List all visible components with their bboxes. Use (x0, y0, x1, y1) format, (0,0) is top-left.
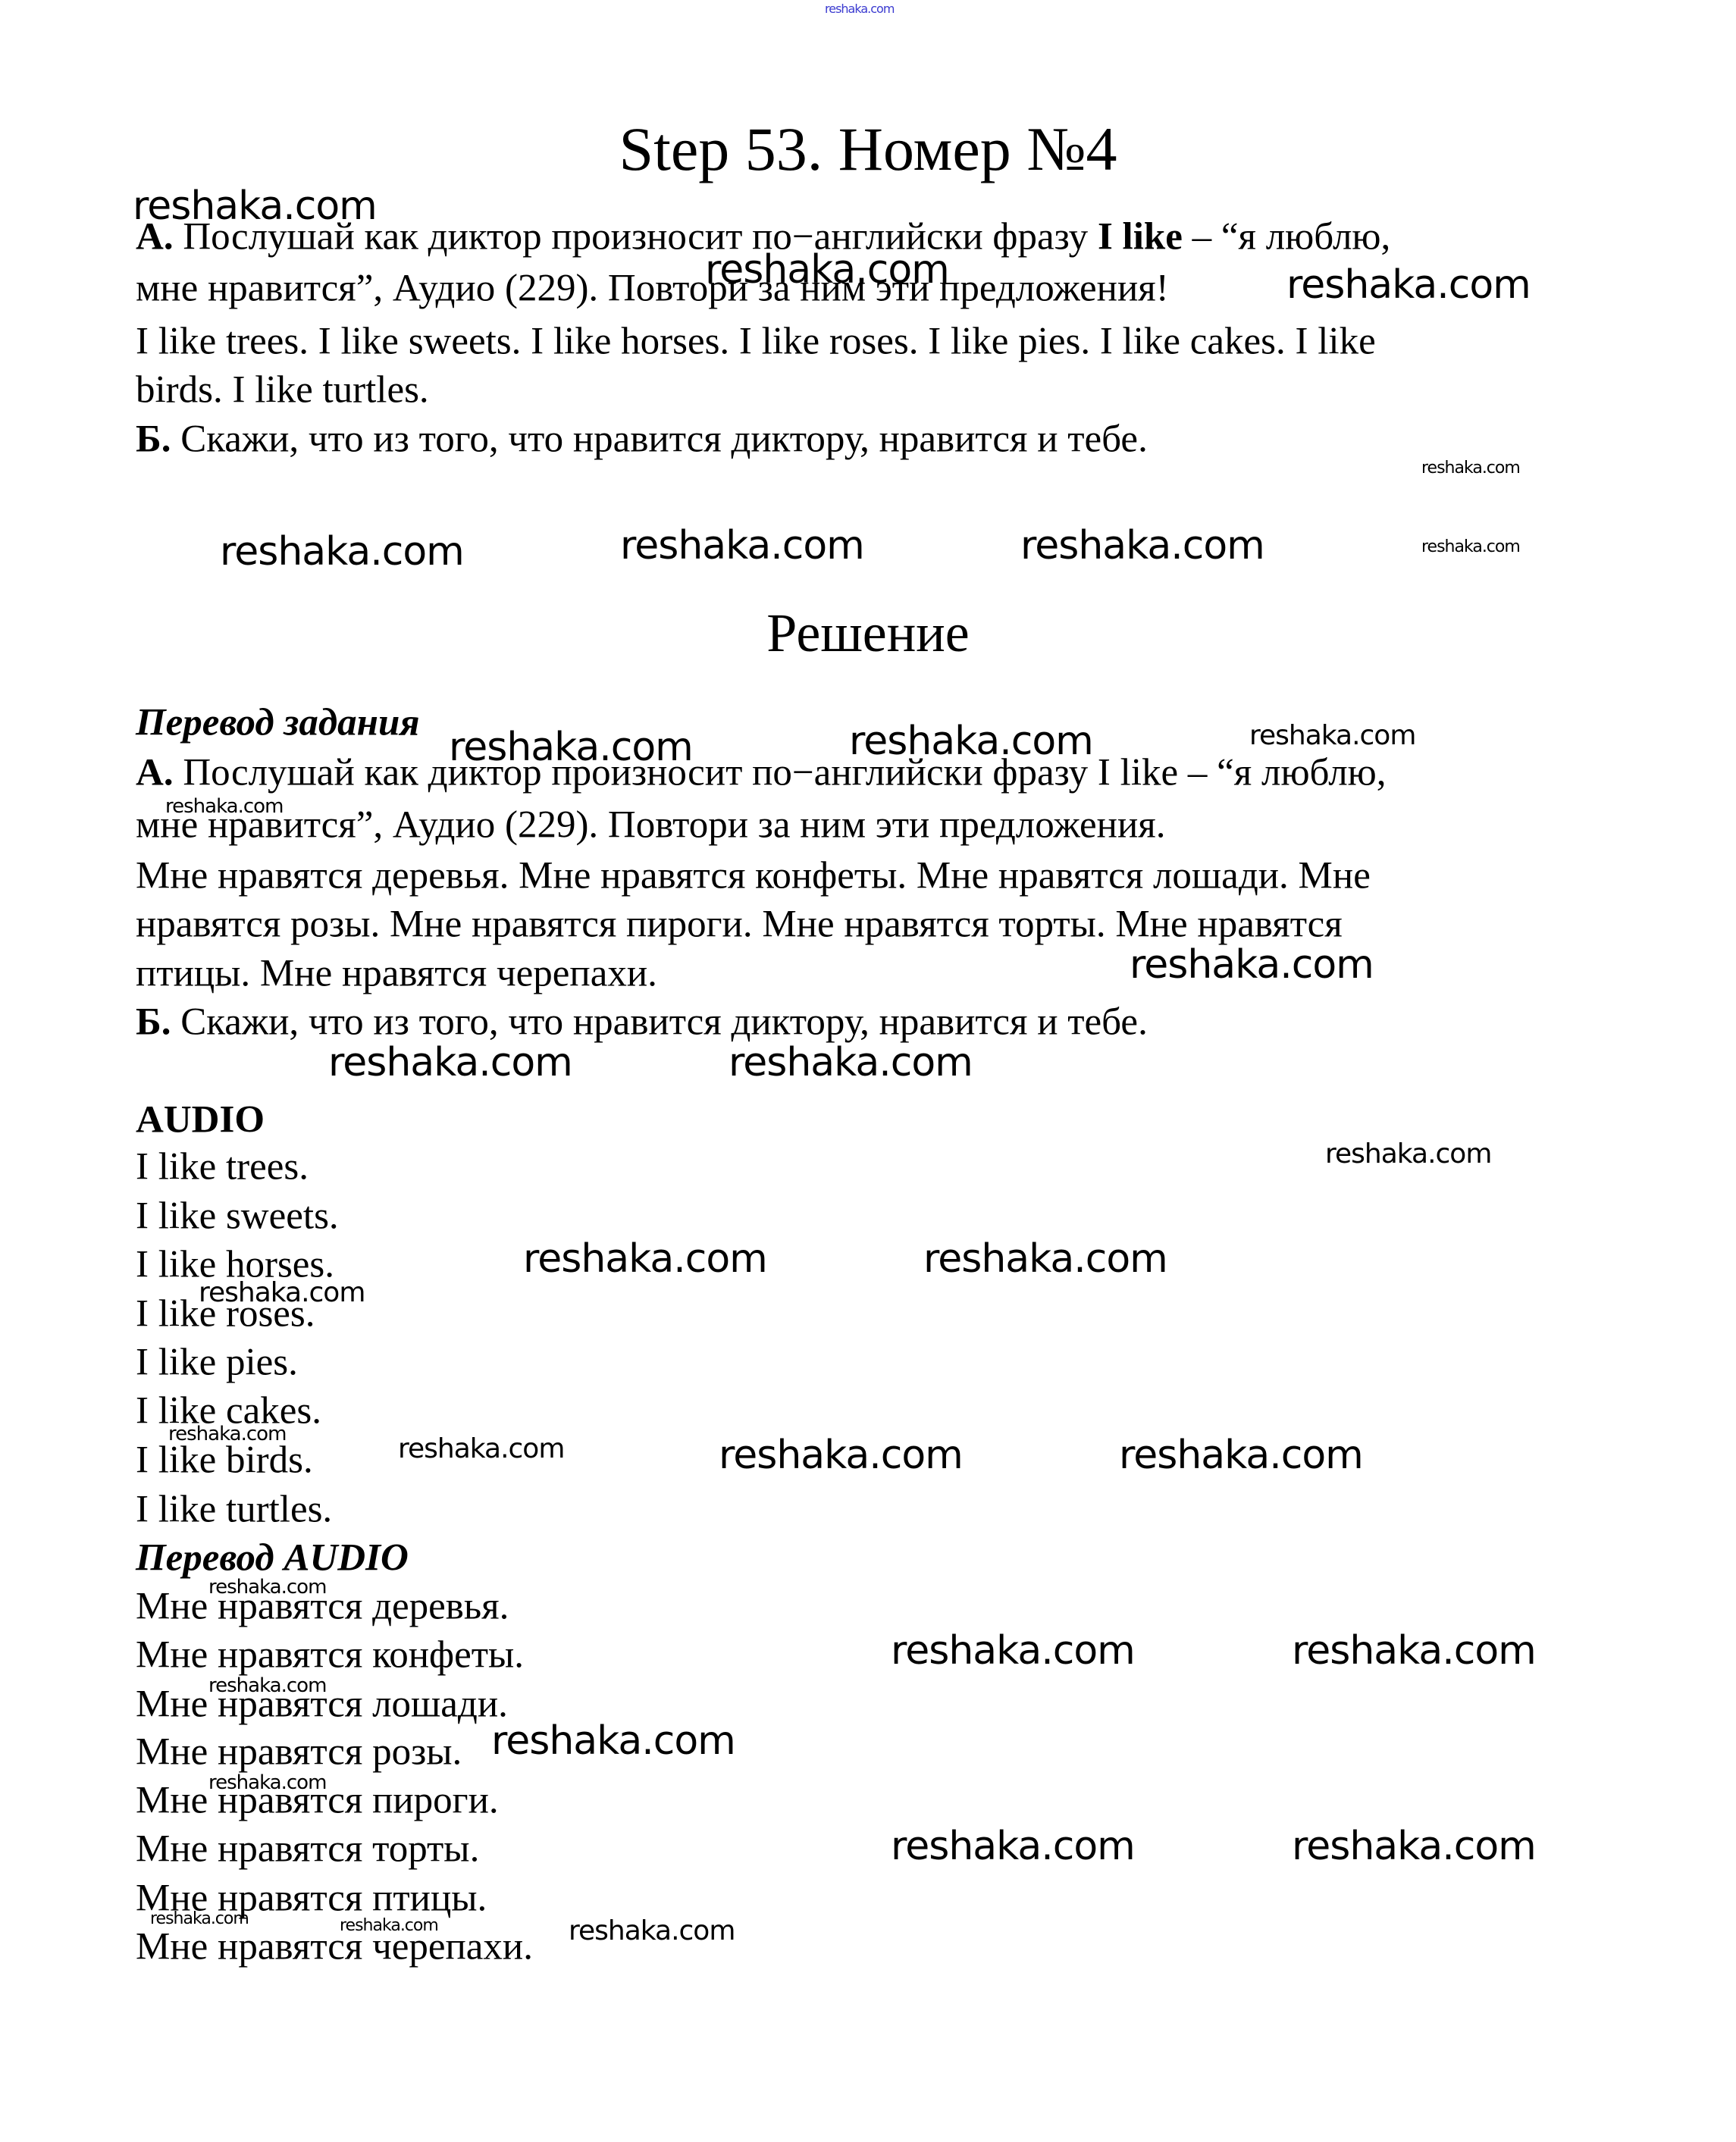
watermark: reshaka.com (1119, 1436, 1363, 1475)
audio-line: I like trees. (136, 1148, 309, 1187)
watermark: reshaka.com (328, 1043, 572, 1082)
audio-line: I like pies. (136, 1344, 298, 1383)
audio-translation-heading: Перевод AUDIO (136, 1539, 409, 1578)
task-a-phrase: I like (1098, 216, 1183, 258)
task-a-line-4: birds. I like turtles. (136, 371, 429, 410)
translation-a-line-2: мне нравится”, Аудио (229). Повтори за н… (136, 806, 1165, 845)
top-watermark: reshaka.com (825, 3, 894, 15)
watermark: reshaka.com (168, 1424, 286, 1444)
watermark: reshaka.com (729, 1043, 973, 1082)
watermark: reshaka.com (1130, 945, 1374, 985)
task-a-line-2: мне нравится”, Аудио (229). Повтори за н… (136, 270, 1169, 308)
watermark: reshaka.com (1421, 460, 1520, 477)
watermark: reshaka.com (923, 1239, 1167, 1279)
audio-line: I like birds. (136, 1442, 313, 1480)
audio-heading: AUDIO (136, 1101, 265, 1140)
watermark: reshaka.com (208, 1773, 326, 1793)
translation-a-line-1: А. Послушай как диктор произносит по−анг… (136, 754, 1387, 793)
solution-heading: Решение (0, 606, 1736, 660)
translation-b-line: Б. Скажи, что из того, что нравится дикт… (136, 1004, 1148, 1042)
translation-a-label: А. (136, 752, 174, 794)
watermark: reshaka.com (491, 1721, 735, 1761)
watermark: reshaka.com (133, 186, 377, 226)
audio-line: I like turtles. (136, 1491, 332, 1530)
audio-translation-line: Мне нравятся черепахи. (136, 1928, 533, 1967)
watermark: reshaka.com (705, 250, 949, 290)
translation-b-label: Б. (136, 1001, 171, 1044)
task-b-line: Б. Скажи, что из того, что нравится дикт… (136, 421, 1148, 459)
watermark: reshaka.com (523, 1239, 767, 1279)
watermark: reshaka.com (165, 797, 283, 816)
watermark: reshaka.com (1325, 1141, 1491, 1168)
watermark: reshaka.com (891, 1827, 1135, 1866)
audio-line: I like sweets. (136, 1198, 339, 1236)
watermark: reshaka.com (220, 532, 464, 572)
watermark: reshaka.com (719, 1436, 963, 1475)
audio-translation-line: Мне нравятся розы. (136, 1733, 462, 1772)
watermark: reshaka.com (1286, 265, 1531, 305)
watermark: reshaka.com (340, 1918, 438, 1934)
translation-a-line-5: птицы. Мне нравятся черепахи. (136, 955, 657, 994)
watermark: reshaka.com (1020, 526, 1264, 565)
translation-a-line-3: Мне нравятся деревья. Мне нравятся конфе… (136, 857, 1371, 896)
translation-b-text: Скажи, что из того, что нравится диктору… (171, 1001, 1147, 1044)
audio-translation-line: Мне нравятся торты. (136, 1830, 479, 1869)
translation-a-line-4: нравятся розы. Мне нравятся пироги. Мне … (136, 906, 1343, 944)
task-b-text: Скажи, что из того, что нравится диктору… (171, 418, 1147, 461)
translation-heading: Перевод задания (136, 704, 420, 743)
translation-a-text: Послушай как диктор произносит по−англий… (174, 752, 1387, 794)
watermark: reshaka.com (849, 722, 1093, 761)
watermark: reshaka.com (1292, 1631, 1536, 1671)
watermark: reshaka.com (449, 728, 693, 767)
watermark: reshaka.com (208, 1676, 326, 1696)
audio-translation-line: Мне нравятся конфеты. (136, 1636, 524, 1675)
task-a-text-post: – “я люблю, (1183, 216, 1390, 258)
watermark: reshaka.com (398, 1436, 564, 1463)
watermark: reshaka.com (1292, 1827, 1536, 1866)
watermark: reshaka.com (150, 1911, 249, 1927)
watermark: reshaka.com (199, 1279, 365, 1307)
watermark: reshaka.com (208, 1577, 326, 1597)
watermark: reshaka.com (891, 1631, 1135, 1671)
watermark: reshaka.com (1249, 722, 1415, 750)
task-a-line-3: I like trees. I like sweets. I like hors… (136, 323, 1376, 362)
watermark: reshaka.com (620, 526, 864, 565)
watermark: reshaka.com (569, 1918, 735, 1945)
watermark: reshaka.com (1421, 539, 1520, 556)
task-b-label: Б. (136, 418, 171, 461)
page-title: Step 53. Номер №4 (0, 118, 1736, 180)
